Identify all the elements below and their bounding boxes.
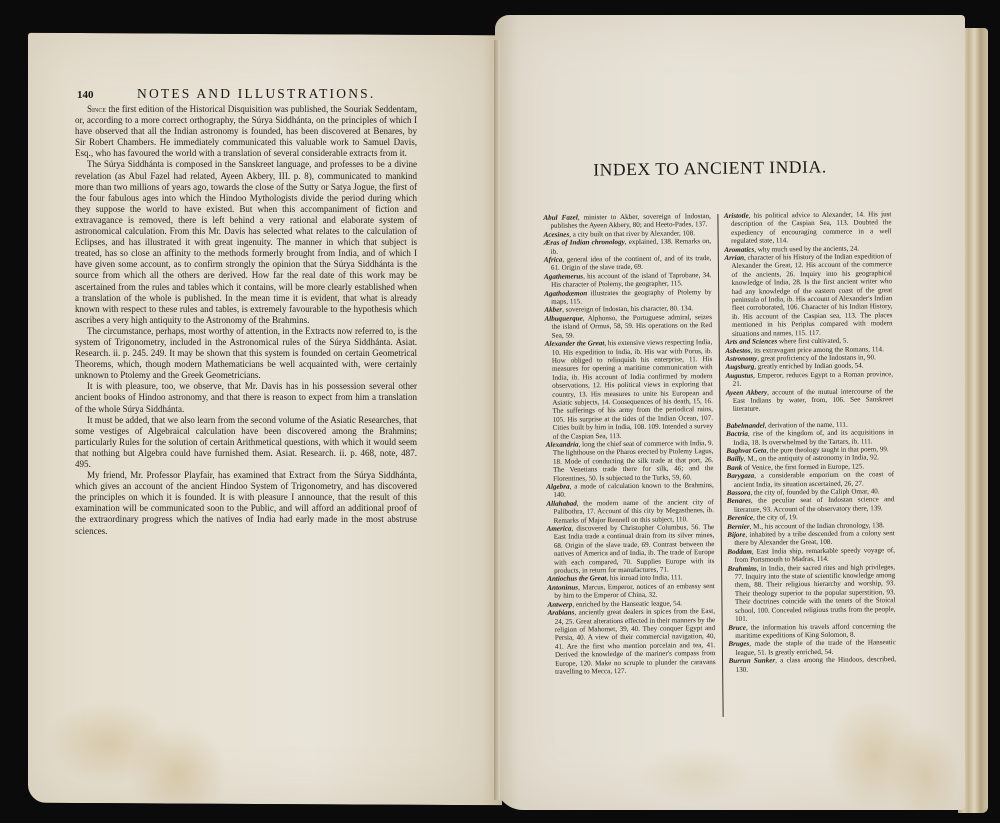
index-entry-text: , his political advice to Alexander, 14.…: [731, 210, 892, 245]
index-keyword: Antiochus the Great: [547, 575, 606, 584]
index-entry: Bruce, the information his travels affor…: [728, 622, 896, 641]
index-entry-text: , East India ship, remarkable speedy voy…: [734, 546, 894, 564]
index-entry-text: , anciently great dealers in spices from…: [555, 607, 716, 676]
index-keyword: Alexandria: [546, 440, 579, 448]
index-entry-text: , his extensive views respecting India, …: [552, 338, 713, 440]
index-entry-text: , the modern name of the ancient city of…: [553, 498, 714, 524]
index-keyword: Bruges: [728, 640, 749, 648]
index-keyword: Bactria: [726, 430, 748, 438]
index-keyword: Arabians: [548, 609, 575, 617]
index-entry: Bruges, made the staple of the trade of …: [728, 638, 896, 657]
index-keyword: Astronomy: [725, 355, 757, 363]
index-keyword: Alexander the Great: [545, 339, 605, 348]
paragraph: It is with pleasure, too, we observe, th…: [75, 381, 417, 414]
index-entry: Burrun Sunker, a class among the Hindoos…: [729, 655, 897, 674]
index-keyword: Bijore: [727, 531, 745, 539]
index-entry-text: , a mode of calculation known to the Bra…: [553, 481, 713, 499]
index-keyword: Burrun Sunker: [729, 657, 776, 665]
index-entry-text: , the peculiar seat of Indostan science …: [734, 496, 894, 514]
index-entry: Agathodæmon illustrates the geography of…: [544, 288, 712, 307]
index-entry-text: , in India, their sacred rites and high …: [735, 563, 896, 623]
index-entry: Aristotle, his political advice to Alexa…: [724, 210, 892, 245]
index-entry-text: , the city of, 19.: [753, 513, 798, 521]
index-keyword: Africa: [544, 256, 563, 264]
index-keyword: Bernier: [727, 522, 750, 530]
index-keyword: Agathemerus: [544, 272, 583, 280]
index-keyword: Augustus: [726, 371, 754, 379]
index-keyword: Algebra: [546, 483, 569, 491]
index-entry-text: , made the staple of the trade of the Ha…: [735, 638, 895, 656]
index-keyword: Abul Fazel: [543, 213, 577, 221]
index-entry: Brahmins, in India, their sacred rites a…: [728, 563, 896, 624]
index-entry-text: , discovered by Christopher Columbus, 56…: [554, 523, 715, 575]
column-divider: [717, 214, 723, 717]
index-keyword: Æras of Indian chronology: [544, 238, 625, 247]
index-entry: Albuquerque, Alphonso, the Portuguese ad…: [544, 313, 712, 340]
index-entry-text: , inhabited by a tribe descended from a …: [734, 529, 894, 547]
index-entry: Boddam, East India ship, remarkable spee…: [727, 546, 895, 565]
index-entry-text: , a considerable emporium on the coast o…: [734, 470, 894, 488]
index-entry: Algebra, a mode of calculation known to …: [546, 481, 714, 500]
index-entry: Alexander the Great, his extensive views…: [545, 338, 714, 441]
index-entry: Arrian, character of his History of the …: [724, 252, 892, 338]
index-keyword: Antwerp: [547, 600, 572, 608]
index-keyword: Augsburg: [725, 363, 754, 371]
index-entry: Abul Fazel, minister to Akber, sovereign…: [543, 212, 711, 231]
index-columns: Abul Fazel, minister to Akber, sovereign…: [543, 210, 896, 719]
page-number: 140: [77, 89, 137, 101]
book-gutter: [494, 40, 500, 800]
index-keyword: Benares: [727, 497, 751, 505]
left-page-header: 140 NOTES AND ILLUSTRATIONS.: [77, 86, 417, 102]
index-keyword: Acesines: [544, 230, 570, 238]
index-entry-text: , his inroad into India, 111.: [606, 574, 682, 583]
index-keyword: America: [547, 525, 572, 533]
paragraph: It must be added, that we also learn fro…: [75, 415, 417, 470]
index-keyword: Baghvat Geta: [726, 446, 766, 454]
notes-body: Since the first edition of the Historica…: [75, 104, 417, 537]
index-entry: Agathemerus, his account of the island o…: [544, 271, 712, 290]
index-keyword: Berenice: [727, 514, 753, 522]
index-entry-text: , general idea of the continent of, and …: [551, 254, 711, 272]
index-keyword: Brahmins: [728, 564, 757, 572]
index-keyword: Bruce: [728, 623, 746, 631]
index-keyword: Boddam: [727, 548, 752, 556]
index-column-1: Abul Fazel, minister to Akber, sovereign…: [543, 212, 716, 719]
lead-word: Since: [87, 104, 106, 114]
index-entry: Bijore, inhabited by a tribe descended f…: [727, 529, 895, 548]
index-keyword: Akber: [544, 306, 562, 314]
index-keyword: Ayeen Akbery: [726, 388, 767, 396]
index-entry: Benares, the peculiar seat of Indostan s…: [727, 496, 895, 515]
index-entry: Africa, general idea of the continent of…: [544, 254, 712, 273]
paragraph: The Súrya Siddhánta is composed in the S…: [75, 159, 417, 325]
paragraph: My friend, Mr. Professor Playfair, has e…: [75, 470, 417, 537]
index-entry: Arabians, anciently great dealers in spi…: [548, 607, 716, 676]
index-keyword: Allahabad: [546, 499, 576, 507]
index-keyword: Bank: [726, 464, 742, 472]
index-entry-text: , Emperor, reduces Egypt to a Roman prov…: [733, 370, 893, 388]
index-keyword: Babelmandel: [726, 421, 765, 429]
index-entry: Alexandria, long the chief seat of comme…: [546, 439, 714, 483]
index-entry-text: , Marcus, Emperor, notices of an embassy…: [554, 582, 714, 600]
index-keyword: Arrian: [724, 254, 744, 262]
index-keyword: Bailly: [726, 455, 743, 463]
index-keyword: Arts and Sciences: [725, 337, 777, 346]
index-keyword: Aristotle: [724, 212, 749, 220]
index-entry: Bactria, rise of the kingdom of, and its…: [726, 428, 894, 447]
index-keyword: Agathodæmon: [544, 289, 587, 297]
index-title: INDEX TO ANCIENT INDIA.: [560, 156, 860, 181]
paragraph: The circumstance, perhaps, most worthy o…: [75, 326, 417, 381]
index-entry-text: where first cultivated, 5.: [777, 337, 848, 346]
index-keyword: Albuquerque: [544, 314, 582, 322]
index-keyword: Barygaza: [727, 472, 755, 480]
index-keyword: Bassora: [727, 489, 751, 497]
index-entry: Æras of Indian chronology, explained, 13…: [544, 237, 712, 256]
index-entry-text: , character of his History of the Indian…: [731, 252, 892, 337]
index-column-2: Aristotle, his political advice to Alexa…: [724, 210, 897, 717]
index-entry: Antoninus, Marcus, Emperor, notices of a…: [547, 582, 715, 601]
index-entry: Barygaza, a considerable emporium on the…: [727, 470, 895, 489]
running-title: NOTES AND ILLUSTRATIONS.: [137, 86, 375, 102]
index-entry: America, discovered by Christopher Colum…: [547, 523, 715, 575]
index-entry-text: , the information his travels afford con…: [735, 622, 895, 640]
open-book: 140 NOTES AND ILLUSTRATIONS. Since the f…: [0, 0, 1000, 823]
index-entry: Augustus, Emperor, reduces Egypt to a Ro…: [726, 370, 894, 389]
index-entry-text: , rise of the kingdom of, and its acquis…: [733, 428, 893, 446]
index-entry: Ayeen Akbery, account of the mutual inte…: [726, 387, 894, 414]
index-keyword: Asbestos: [725, 346, 750, 354]
index-keyword: Aromatics: [724, 245, 754, 253]
index-keyword: Antoninus: [547, 583, 578, 591]
index-entry: Allahabad, the modern name of the ancien…: [546, 498, 714, 525]
paragraph: Since the first edition of the Historica…: [75, 104, 417, 159]
